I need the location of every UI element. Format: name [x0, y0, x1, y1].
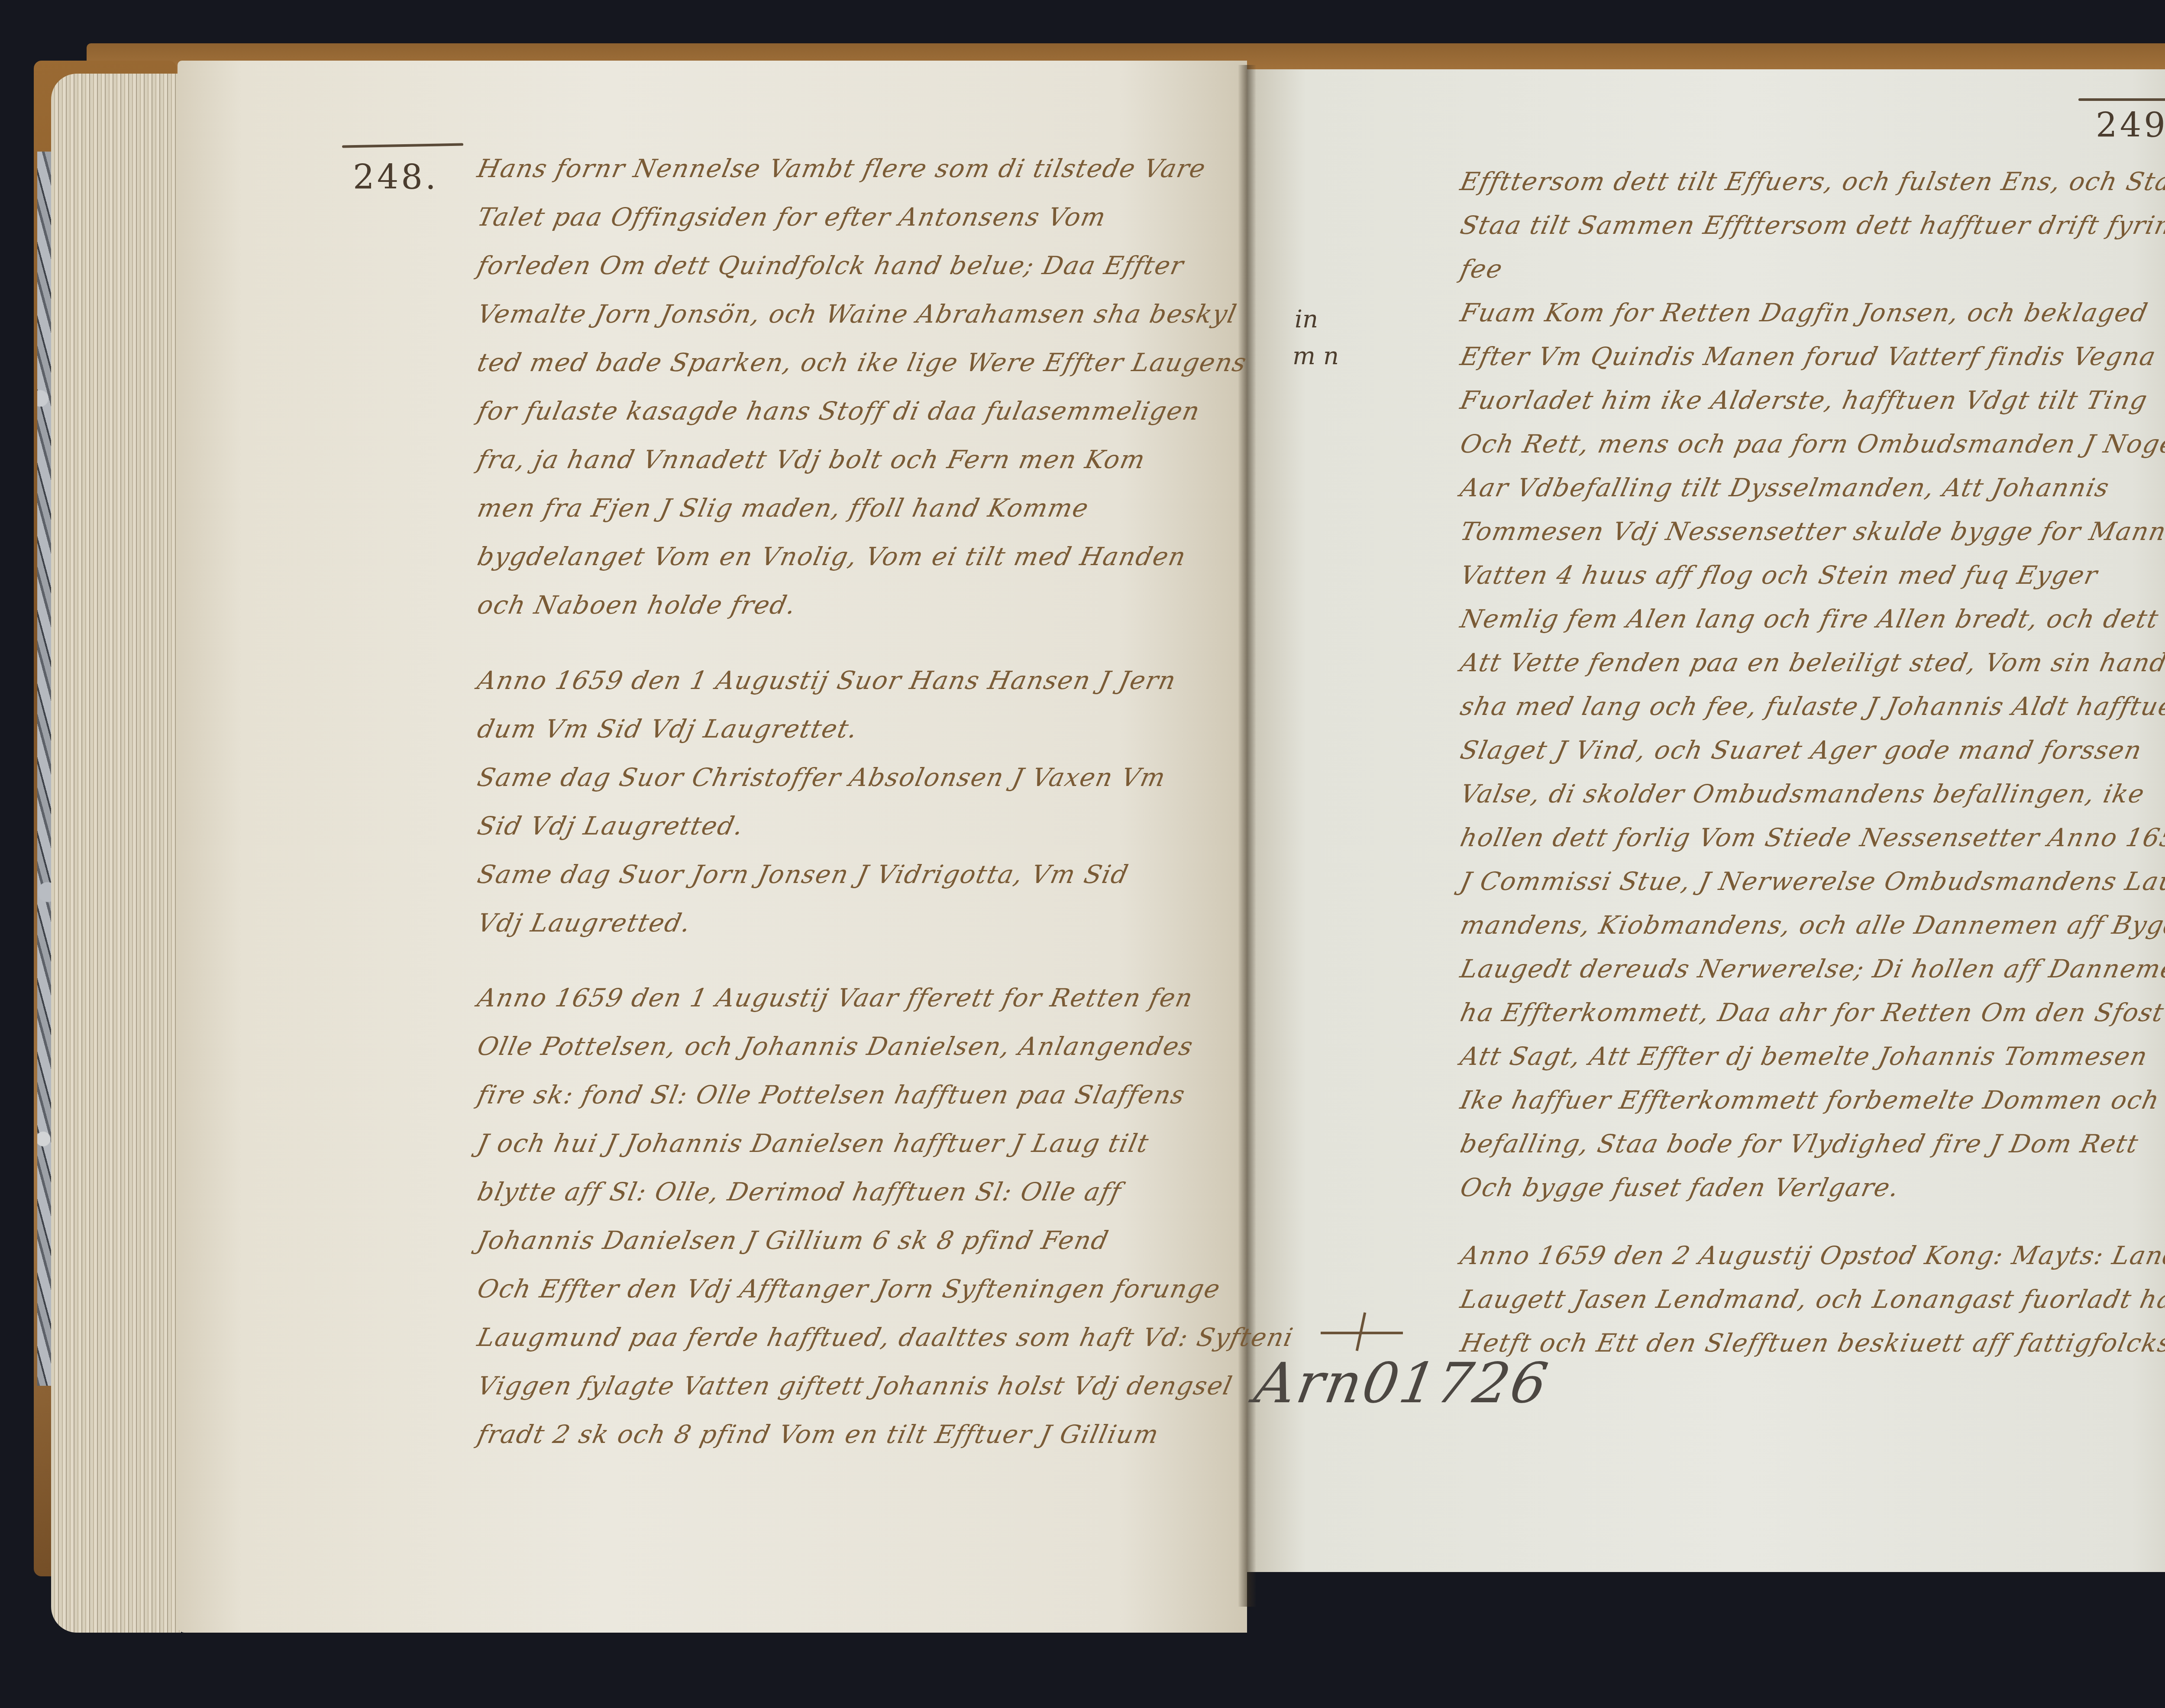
- page-stack-left: [51, 74, 181, 1633]
- archive-reference-stamp: Arn01726: [1250, 1351, 1554, 1416]
- book-gutter: [1238, 65, 1256, 1607]
- marbled-endpaper-left: [37, 152, 52, 1386]
- open-book: 248. 249. Hans fornr Nennelse Vambt fler…: [0, 0, 2165, 1708]
- folio-number-right: 249.: [2096, 106, 2165, 145]
- gutter-marginal-note-2: m n: [1293, 342, 1339, 370]
- gutter-marginal-note-1: in: [1295, 305, 1318, 333]
- folio-number-left: 248.: [353, 158, 439, 197]
- folio-rule-right: [2078, 98, 2165, 101]
